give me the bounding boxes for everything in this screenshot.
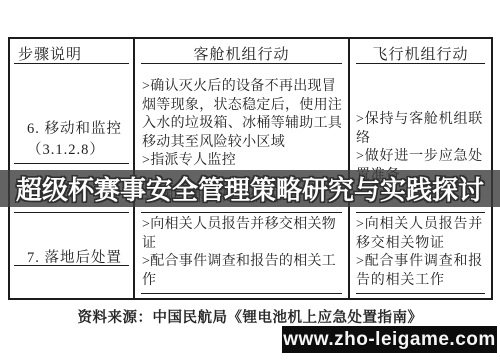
header-flight-crew: 飞行机组行动 — [350, 43, 491, 64]
text-line: 证 — [142, 235, 344, 254]
cell-underline — [14, 163, 129, 164]
header-cabin-crew: 客舱机组行动 — [135, 43, 348, 64]
text-line: 告的相关工作 — [356, 272, 487, 291]
text-line: 移交相关物证 — [356, 235, 487, 254]
text-line: >配合事件调查和报告的相关工 — [142, 253, 344, 272]
text-line: 入水的垃圾箱、冰桶等辅助工具 — [142, 115, 344, 134]
cell-step-6: 6. 移动和监控 （3.1.2.8） — [27, 119, 131, 161]
row-divider — [356, 212, 485, 213]
title-banner: 超级杯赛事安全管理策略研究与实践探讨 — [0, 170, 500, 207]
text-line: >指派专人监控 — [142, 152, 344, 171]
text-line: 6. 移动和监控 — [27, 119, 131, 140]
header-underline — [141, 63, 342, 64]
cell-cabin-actions-7: >向相关人员报告并移交相关物 证 >配合事件调查和报告的相关工 作 — [142, 216, 344, 290]
text-line: >确认灭火后的设备不再出现冒 — [142, 78, 344, 97]
text-line: >向相关人员报告并移交相关物 — [142, 216, 344, 235]
cell-underline — [14, 265, 129, 266]
text-line: >保持与客舱机组联 — [356, 111, 487, 130]
text-line: 络 — [356, 130, 487, 149]
header-underline — [14, 63, 129, 64]
text-line: 移动其至风险较小区域 — [142, 134, 344, 153]
source-note: 资料来源：中国民航局《锂电池机上应急处置指南》 — [0, 306, 500, 327]
document-page: 步骤说明 6. 移动和监控 （3.1.2.8） 7. 落地后处置 客舱机组行动 … — [0, 0, 500, 362]
text-line: >做好进一步应急处 — [356, 148, 487, 167]
row-divider — [141, 212, 342, 213]
header-steps: 步骤说明 — [10, 43, 133, 64]
banner-title: 超级杯赛事安全管理策略研究与实践探讨 — [16, 170, 484, 207]
header-underline — [356, 63, 485, 64]
watermark-box: www.zho-leigame.com — [282, 326, 497, 353]
procedure-table: 步骤说明 6. 移动和监控 （3.1.2.8） 7. 落地后处置 客舱机组行动 … — [8, 37, 493, 300]
text-line: >向相关人员报告并 — [356, 216, 487, 235]
cell-flight-actions-7: >向相关人员报告并 移交相关物证 >配合事件调查和报 告的相关工作 — [356, 216, 487, 290]
text-line: 作 — [142, 272, 344, 291]
text-line: >配合事件调查和报 — [356, 253, 487, 272]
cell-underline — [356, 293, 485, 294]
cell-underline — [141, 293, 342, 294]
text-line: （3.1.2.8） — [27, 140, 131, 161]
column-steps: 步骤说明 6. 移动和监控 （3.1.2.8） 7. 落地后处置 — [10, 39, 135, 298]
watermark-url: www.zho-leigame.com — [283, 329, 496, 351]
column-cabin-crew: 客舱机组行动 >确认灭火后的设备不再出现冒 烟等现象，状态稳定后，使用注 入水的… — [135, 39, 350, 298]
column-flight-crew: 飞行机组行动 >保持与客舱机组联 络 >做好进一步应急处 置准备 >向相关人员报… — [350, 39, 491, 298]
row-divider — [14, 212, 129, 213]
text-line: 烟等现象，状态稳定后，使用注 — [142, 97, 344, 116]
